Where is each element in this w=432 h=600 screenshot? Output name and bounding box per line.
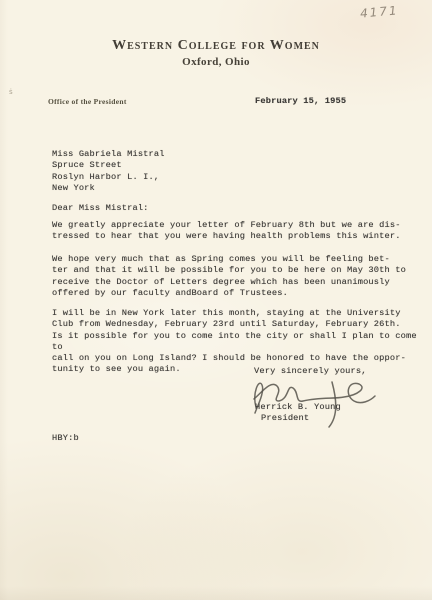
letter-page: 4171 ṡ Western College for Women Oxford… bbox=[0, 0, 432, 600]
typist-reference: HBY:b bbox=[52, 433, 79, 444]
letterhead-institution: Western College for Women bbox=[0, 38, 432, 54]
recipient-address-block: Miss Gabriela Mistral Spruce Street Rosl… bbox=[52, 149, 165, 194]
body-paragraph-3: I will be in New York later this month, … bbox=[52, 308, 432, 376]
archive-number-annotation: 4171 bbox=[360, 1, 421, 20]
salutation: Dear Miss Mistral: bbox=[52, 203, 149, 214]
margin-pencil-mark: ṡ bbox=[9, 88, 13, 96]
letterhead-location: Oxford, Ohio bbox=[0, 56, 432, 68]
body-paragraph-2: We hope very much that as Spring comes y… bbox=[52, 254, 406, 299]
body-paragraph-1: We greatly appreciate your letter of Feb… bbox=[52, 220, 401, 243]
letter-date: February 15, 1955 bbox=[255, 96, 346, 107]
signer-title: President bbox=[261, 413, 309, 424]
signer-name: Herrick B. Young bbox=[255, 402, 341, 413]
office-of-president-label: Office of the President bbox=[48, 97, 127, 106]
